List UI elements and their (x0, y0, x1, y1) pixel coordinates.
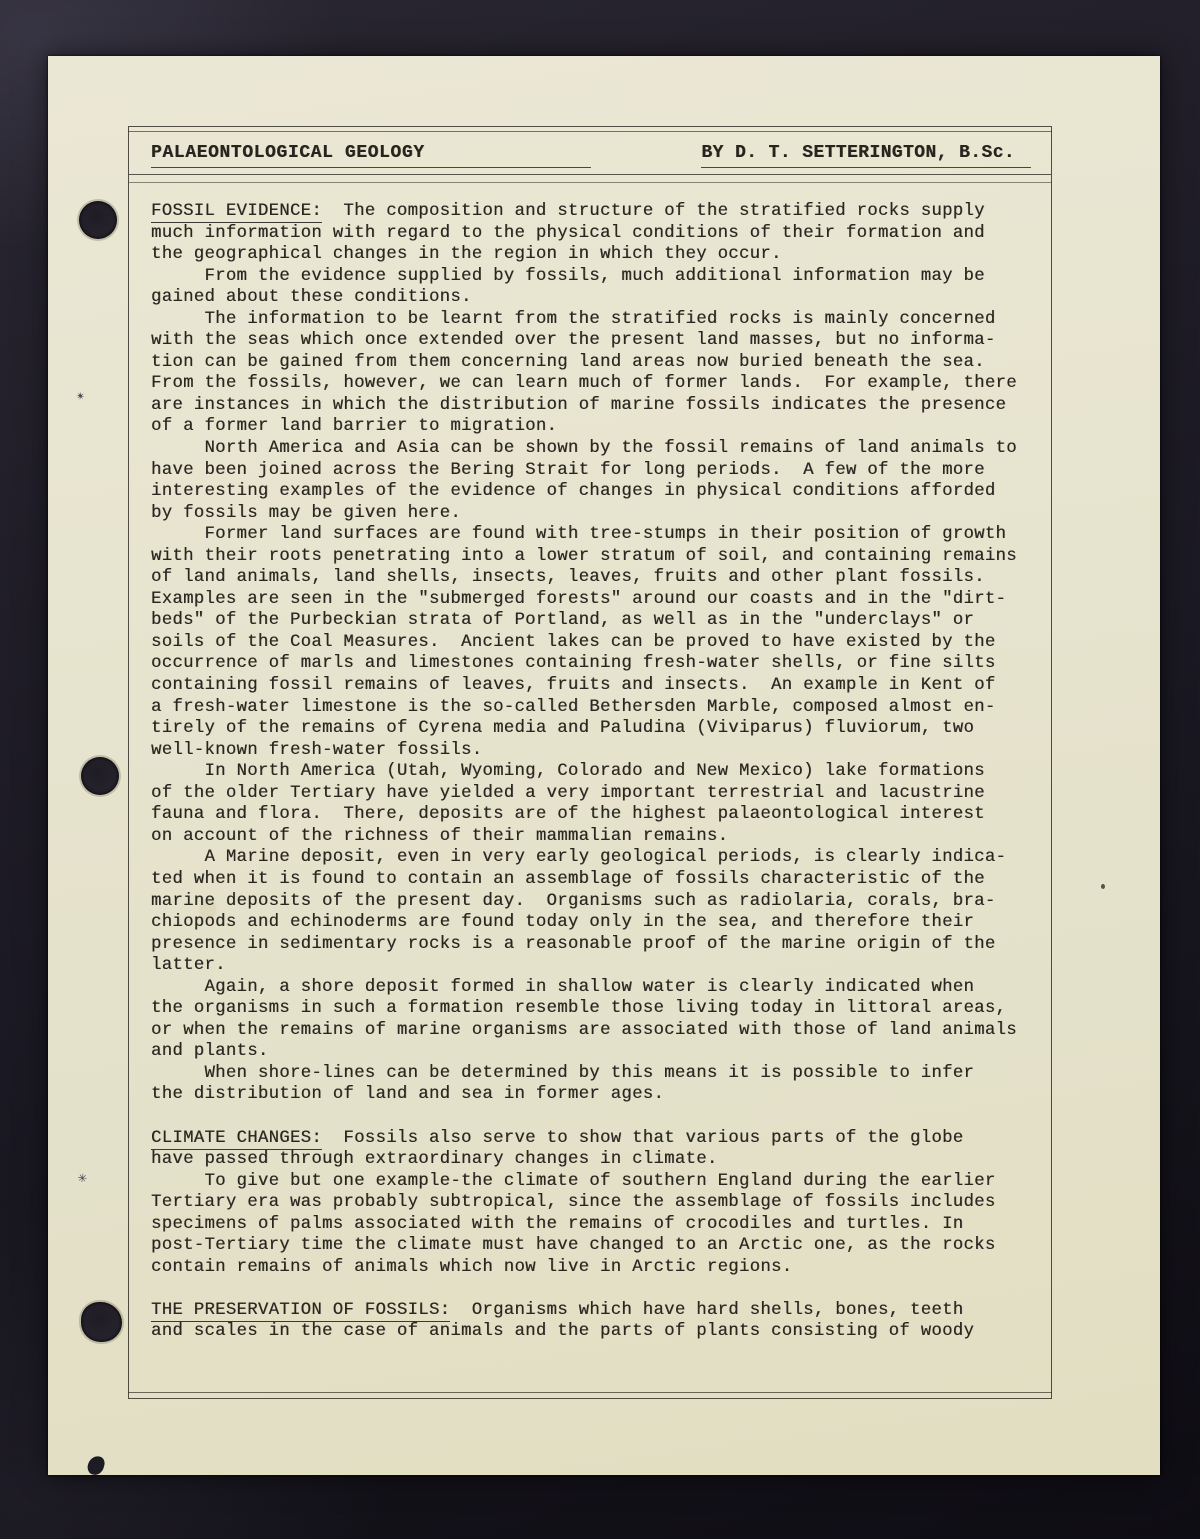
ink-dot (1101, 884, 1105, 889)
text-line: occurrence of marls and limestones conta… (151, 653, 1037, 675)
text-line: tion can be gained from them concerning … (151, 352, 1037, 374)
line-text: and scales in the case of animals and th… (151, 1322, 974, 1341)
text-line: From the fossils, however, we can learn … (151, 373, 1037, 395)
text-line: CLIMATE CHANGES: Fossils also serve to s… (151, 1128, 1037, 1150)
line-text: From the evidence supplied by fossils, m… (151, 267, 985, 286)
line-text: gained about these conditions. (151, 288, 472, 307)
text-line: the organisms in such a formation resemb… (151, 998, 1037, 1020)
line-text: on account of the richness of their mamm… (151, 827, 728, 846)
line-text: contain remains of animals which now liv… (151, 1258, 792, 1277)
text-line: latter. (151, 955, 1037, 977)
text-line: much information with regard to the phys… (151, 223, 1037, 245)
text-line: When shore-lines can be determined by th… (151, 1063, 1037, 1085)
line-text: A Marine deposit, even in very early geo… (151, 848, 1006, 867)
paper-sheet: ✴︎ ✳︎ PALAEONTOLOGICAL GEOLOGY BY D. T. … (48, 56, 1160, 1475)
text-line: have been joined across the Bering Strai… (151, 460, 1037, 482)
line-text: When shore-lines can be determined by th… (151, 1064, 974, 1083)
line-text: Fossils also serve to show that various … (322, 1129, 963, 1148)
line-text: by fossils may be given here. (151, 504, 461, 523)
text-line: post-Tertiary time the climate must have… (151, 1235, 1037, 1257)
text-line: have passed through extraordinary change… (151, 1149, 1037, 1171)
text-line: a fresh-water limestone is the so-called… (151, 697, 1037, 719)
text-line: of land animals, land shells, insects, l… (151, 567, 1037, 589)
text-line: Again, a shore deposit formed in shallow… (151, 977, 1037, 999)
line-text: the organisms in such a formation resemb… (151, 999, 1006, 1018)
text-line: gained about these conditions. (151, 287, 1037, 309)
line-text: beds" of the Purbeckian strata of Portla… (151, 611, 974, 630)
text-line: North America and Asia can be shown by t… (151, 438, 1037, 460)
line-text: In North America (Utah, Wyoming, Colorad… (151, 762, 985, 781)
text-line: with their roots penetrating into a lowe… (151, 546, 1037, 568)
line-text: well-known fresh-water fossils. (151, 741, 482, 760)
line-text: and plants. (151, 1042, 269, 1061)
line-text: are instances in which the distribution … (151, 396, 1006, 415)
line-text: post-Tertiary time the climate must have… (151, 1236, 996, 1255)
text-line: well-known fresh-water fossils. (151, 740, 1037, 762)
text-line: containing fossil remains of leaves, fru… (151, 675, 1037, 697)
text-line: fauna and flora. There, deposits are of … (151, 804, 1037, 826)
line-text: The composition and structure of the str… (322, 202, 985, 221)
line-text: marine deposits of the present day. Orga… (151, 892, 996, 911)
text-line: contain remains of animals which now liv… (151, 1257, 1037, 1279)
line-text: North America and Asia can be shown by t… (151, 439, 1017, 458)
text-line (151, 1278, 1037, 1300)
ink-mark: ✴︎ (75, 385, 87, 405)
section-heading: FOSSIL EVIDENCE: (151, 202, 322, 223)
punch-hole-top (79, 201, 117, 239)
section-heading: THE PRESERVATION OF FOSSILS: (151, 1301, 450, 1322)
ink-mark: ✳︎ (77, 1167, 89, 1187)
text-line: interesting examples of the evidence of … (151, 481, 1037, 503)
text-line: Former land surfaces are found with tree… (151, 524, 1037, 546)
document-header: PALAEONTOLOGICAL GEOLOGY BY D. T. SETTER… (129, 127, 1051, 177)
line-text: chiopods and echinoderms are found today… (151, 913, 974, 932)
line-text: interesting examples of the evidence of … (151, 482, 996, 501)
document-title: PALAEONTOLOGICAL GEOLOGY (151, 143, 591, 168)
text-line: A Marine deposit, even in very early geo… (151, 847, 1037, 869)
text-line: FOSSIL EVIDENCE: The composition and str… (151, 201, 1037, 223)
text-line: tirely of the remains of Cyrena media an… (151, 718, 1037, 740)
line-text: tion can be gained from them concerning … (151, 353, 985, 372)
section-heading: CLIMATE CHANGES: (151, 1129, 322, 1150)
line-text: containing fossil remains of leaves, fru… (151, 676, 996, 695)
line-text: The information to be learnt from the st… (151, 310, 996, 329)
text-line: the distribution of land and sea in form… (151, 1084, 1037, 1106)
line-text: a fresh-water limestone is the so-called… (151, 698, 996, 717)
line-text: latter. (151, 956, 226, 975)
text-line: and scales in the case of animals and th… (151, 1321, 1037, 1343)
line-text: specimens of palms associated with the r… (151, 1215, 963, 1234)
line-text: Examples are seen in the "submerged fore… (151, 590, 1006, 609)
line-text: tirely of the remains of Cyrena media an… (151, 719, 974, 738)
text-line: with the seas which once extended over t… (151, 330, 1037, 352)
text-line: soils of the Coal Measures. Ancient lake… (151, 632, 1037, 654)
line-text: Again, a shore deposit formed in shallow… (151, 978, 974, 997)
text-line: ted when it is found to contain an assem… (151, 869, 1037, 891)
typed-frame: PALAEONTOLOGICAL GEOLOGY BY D. T. SETTER… (128, 126, 1052, 1399)
line-text: have been joined across the Bering Strai… (151, 461, 985, 480)
line-text: have passed through extraordinary change… (151, 1150, 718, 1169)
line-text: or when the remains of marine organisms … (151, 1021, 1017, 1040)
document-byline: BY D. T. SETTERINGTON, B.Sc. (701, 143, 1031, 168)
line-text: of land animals, land shells, insects, l… (151, 568, 985, 587)
line-text: of the older Tertiary have yielded a ver… (151, 784, 985, 803)
line-text: of a former land barrier to migration. (151, 417, 557, 436)
text-line: or when the remains of marine organisms … (151, 1020, 1037, 1042)
punch-hole-middle (81, 757, 119, 795)
text-line: marine deposits of the present day. Orga… (151, 891, 1037, 913)
line-text: the geographical changes in the region i… (151, 245, 782, 264)
text-line: To give but one example-the climate of s… (151, 1171, 1037, 1193)
text-line: the geographical changes in the region i… (151, 244, 1037, 266)
line-text: soils of the Coal Measures. Ancient lake… (151, 633, 996, 652)
text-line: The information to be learnt from the st… (151, 309, 1037, 331)
text-line: THE PRESERVATION OF FOSSILS: Organisms w… (151, 1300, 1037, 1322)
line-text: occurrence of marls and limestones conta… (151, 654, 996, 673)
text-line: and plants. (151, 1041, 1037, 1063)
text-line: of the older Tertiary have yielded a ver… (151, 783, 1037, 805)
text-line: Examples are seen in the "submerged fore… (151, 589, 1037, 611)
line-text: fauna and flora. There, deposits are of … (151, 805, 985, 824)
line-text: much information with regard to the phys… (151, 224, 985, 243)
line-text: Organisms which have hard shells, bones,… (450, 1301, 963, 1320)
text-line: In North America (Utah, Wyoming, Colorad… (151, 761, 1037, 783)
text-line: From the evidence supplied by fossils, m… (151, 266, 1037, 288)
ink-blot-bottom-edge (86, 1454, 106, 1476)
text-line: of a former land barrier to migration. (151, 416, 1037, 438)
text-line: beds" of the Purbeckian strata of Portla… (151, 610, 1037, 632)
text-line: on account of the richness of their mamm… (151, 826, 1037, 848)
line-text: with their roots penetrating into a lowe… (151, 547, 1017, 566)
text-line: presence in sedimentary rocks is a reaso… (151, 934, 1037, 956)
line-text: the distribution of land and sea in form… (151, 1085, 664, 1104)
text-line: Tertiary era was probably subtropical, s… (151, 1192, 1037, 1214)
text-line: by fossils may be given here. (151, 503, 1037, 525)
line-text: From the fossils, however, we can learn … (151, 374, 1017, 393)
line-text: with the seas which once extended over t… (151, 331, 996, 350)
text-line: specimens of palms associated with the r… (151, 1214, 1037, 1236)
punch-hole-bottom (81, 1302, 122, 1342)
line-text: Tertiary era was probably subtropical, s… (151, 1193, 996, 1212)
line-text: Former land surfaces are found with tree… (151, 525, 1006, 544)
text-line (151, 1106, 1037, 1128)
text-line: are instances in which the distribution … (151, 395, 1037, 417)
line-text: To give but one example-the climate of s… (151, 1172, 996, 1191)
document-body: FOSSIL EVIDENCE: The composition and str… (151, 201, 1037, 1343)
text-line: chiopods and echinoderms are found today… (151, 912, 1037, 934)
line-text: ted when it is found to contain an assem… (151, 870, 985, 889)
line-text: presence in sedimentary rocks is a reaso… (151, 935, 996, 954)
